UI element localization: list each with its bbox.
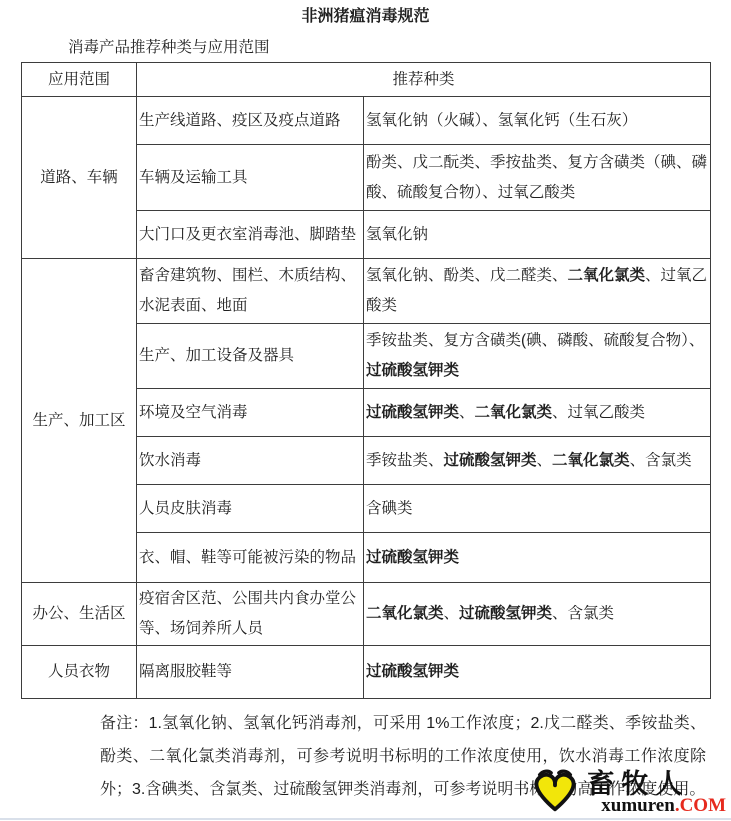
product-segment-bold: 过硫酸氢钾类 bbox=[366, 362, 459, 379]
recommended-products-cell: 季铵盐类、过硫酸氢钾类、二氧化氯类、含氯类 bbox=[364, 437, 711, 485]
table-header-row: 应用范围 推荐种类 bbox=[22, 63, 711, 97]
product-segment: 、 bbox=[537, 452, 553, 469]
scope-cell: 畜舍建筑物、围栏、木质结构、水泥表面、地面 bbox=[137, 259, 364, 324]
product-segment-bold: 过硫酸氢钾类 bbox=[459, 605, 552, 622]
scope-cell: 衣、帽、鞋等可能被污染的物品 bbox=[137, 533, 364, 583]
header-application-scope: 应用范围 bbox=[22, 63, 137, 97]
product-segment: 氢氧化钠（火碱）、氢氧化钙（生石灰） bbox=[366, 112, 637, 129]
recommended-products-cell: 季铵盐类、复方含磺类(碘、磷酸、硫酸复合物）、过硫酸氢钾类 bbox=[364, 324, 711, 389]
product-segment: 酚类、戊二酛类、季按盐类、复方含磺类（碘、磷酸、硫酸复合物）、过氧乙酸类 bbox=[366, 154, 707, 201]
table-body: 道路、车辆生产线道路、疫区及疫点道路氢氧化钠（火碱）、氢氧化钙（生石灰）车辆及运… bbox=[22, 97, 711, 699]
page-subtitle: 消毒产品推荐种类与应用范围 bbox=[68, 39, 731, 57]
table-row: 道路、车辆生产线道路、疫区及疫点道路氢氧化钠（火碱）、氢氧化钙（生石灰） bbox=[22, 97, 711, 145]
disinfection-table: 应用范围 推荐种类 道路、车辆生产线道路、疫区及疫点道路氢氧化钠（火碱）、氢氧化… bbox=[21, 62, 711, 699]
logo-domain-text: xumuren.COM bbox=[601, 797, 726, 815]
product-segment: 、过氧乙酸类 bbox=[552, 404, 645, 421]
product-segment-bold: 二氧化氯类 bbox=[568, 267, 646, 284]
application-scope-group: 生产、加工区 bbox=[22, 259, 137, 583]
scope-cell: 疫宿舍区范、公围共内食办堂公等、场饲养所人员 bbox=[137, 583, 364, 646]
table-row: 生产、加工区畜舍建筑物、围栏、木质结构、水泥表面、地面氢氧化钠、酚类、戊二醛类、… bbox=[22, 259, 711, 324]
xumuren-logo: 畜牧人 xumuren.COM bbox=[529, 769, 726, 817]
product-segment: 季铵盐类、复方含磺类(碘、磷酸、硫酸复合物）、 bbox=[366, 332, 704, 349]
product-segment: 、 bbox=[459, 404, 475, 421]
product-segment-bold: 过硫酸氢钾类 bbox=[366, 663, 459, 680]
recommended-products-cell: 含碘类 bbox=[364, 485, 711, 533]
scope-cell: 生产、加工设备及器具 bbox=[137, 324, 364, 389]
product-segment: 季铵盐类、 bbox=[366, 452, 444, 469]
heart-icon bbox=[529, 769, 581, 817]
product-segment: 含碘类 bbox=[366, 500, 413, 517]
scope-cell: 环境及空气消毒 bbox=[137, 389, 364, 437]
scope-cell: 人员皮肤消毒 bbox=[137, 485, 364, 533]
page-title: 非洲猪瘟消毒规范 bbox=[0, 8, 731, 26]
product-segment-bold: 过硫酸氢钾类 bbox=[366, 549, 459, 566]
table-row: 人员衣物隔离服胶鞋等过硫酸氢钾类 bbox=[22, 646, 711, 699]
application-scope-group: 办公、生活区 bbox=[22, 583, 137, 646]
scope-cell: 大门口及更衣室消毒池、脚踏垫 bbox=[137, 211, 364, 259]
recommended-products-cell: 过硫酸氢钾类 bbox=[364, 646, 711, 699]
scope-cell: 生产线道路、疫区及疫点道路 bbox=[137, 97, 364, 145]
product-segment-bold: 二氧化氯类 bbox=[366, 605, 444, 622]
logo-brand-text: 畜牧人 bbox=[587, 771, 689, 797]
application-scope-group: 道路、车辆 bbox=[22, 97, 137, 259]
recommended-products-cell: 氢氧化钠（火碱）、氢氧化钙（生石灰） bbox=[364, 97, 711, 145]
product-segment-bold: 二氧化氯类 bbox=[552, 452, 630, 469]
product-segment: 氢氧化钠 bbox=[366, 226, 428, 243]
product-segment-bold: 二氧化氯类 bbox=[475, 404, 553, 421]
application-scope-group: 人员衣物 bbox=[22, 646, 137, 699]
logo-tld-text: .COM bbox=[675, 795, 726, 816]
header-recommended-types: 推荐种类 bbox=[137, 63, 711, 97]
recommended-products-cell: 过硫酸氢钾类、二氧化氯类、过氧乙酸类 bbox=[364, 389, 711, 437]
recommended-products-cell: 氢氧化钠 bbox=[364, 211, 711, 259]
recommended-products-cell: 二氧化氯类、过硫酸氢钾类、含氯类 bbox=[364, 583, 711, 646]
product-segment: 、含氯类 bbox=[630, 452, 692, 469]
product-segment: 氢氧化钠、酚类、戊二醛类、 bbox=[366, 267, 568, 284]
recommended-products-cell: 酚类、戊二酛类、季按盐类、复方含磺类（碘、磷酸、硫酸复合物）、过氧乙酸类 bbox=[364, 145, 711, 211]
table-row: 办公、生活区疫宿舍区范、公围共内食办堂公等、场饲养所人员二氧化氯类、过硫酸氢钾类… bbox=[22, 583, 711, 646]
scope-cell: 隔离服胶鞋等 bbox=[137, 646, 364, 699]
recommended-products-cell: 过硫酸氢钾类 bbox=[364, 533, 711, 583]
bottom-divider bbox=[0, 818, 731, 820]
scope-cell: 车辆及运输工具 bbox=[137, 145, 364, 211]
recommended-products-cell: 氢氧化钠、酚类、戊二醛类、二氧化氯类、过氧乙酸类 bbox=[364, 259, 711, 324]
product-segment: 、含氯类 bbox=[552, 605, 614, 622]
product-segment: 、 bbox=[444, 605, 460, 622]
product-segment-bold: 过硫酸氢钾类 bbox=[366, 404, 459, 421]
scope-cell: 饮水消毒 bbox=[137, 437, 364, 485]
product-segment-bold: 过硫酸氢钾类 bbox=[444, 452, 537, 469]
